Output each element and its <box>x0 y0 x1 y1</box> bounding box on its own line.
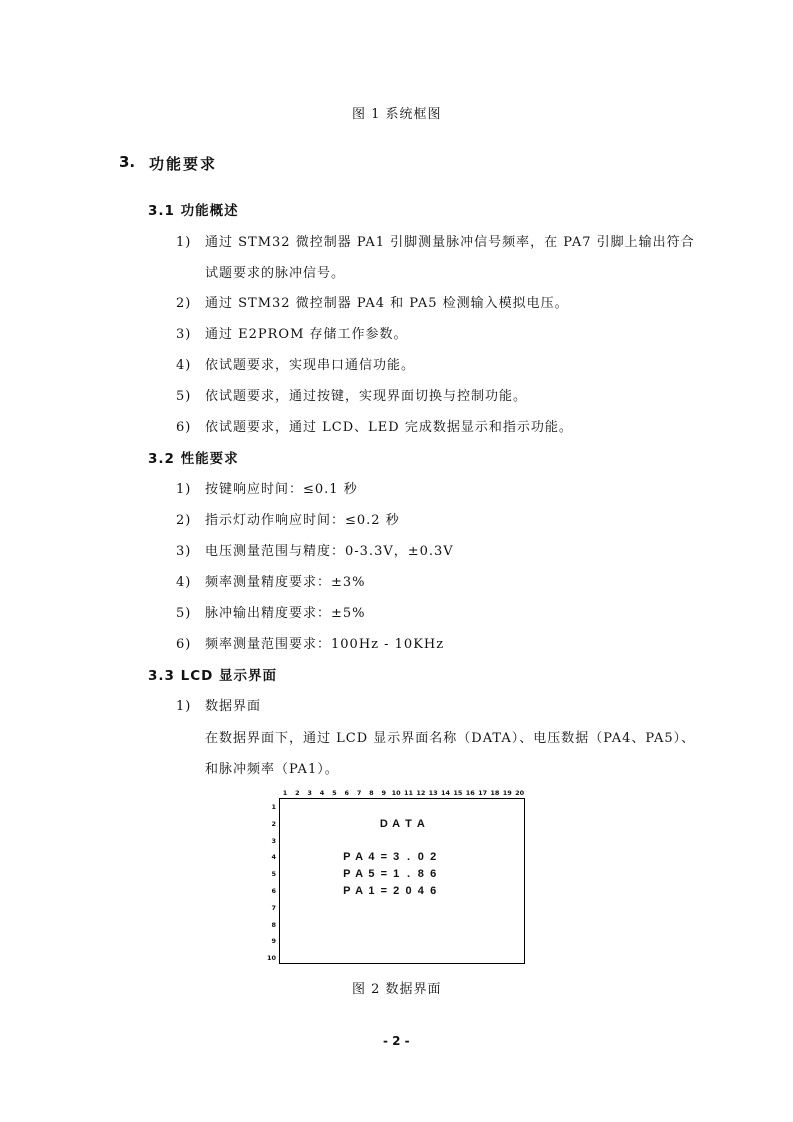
section-3-3-title: 3.3 LCD 显示界面 <box>148 664 277 684</box>
lcd-char: P <box>343 868 350 880</box>
lcd-char: 2 <box>430 851 436 863</box>
lcd-char: T <box>405 818 412 830</box>
section-3-2-title: 3.2 性能要求 <box>148 447 239 467</box>
lcd-char: A <box>392 818 400 830</box>
item-text: 依试题要求，通过按键，实现界面切换与控制功能。 <box>205 389 527 404</box>
item-number: 2) <box>176 296 205 311</box>
list-item: 6)频率测量范围要求：100Hz - 10KHz <box>176 633 444 652</box>
lcd-column-label: 7 <box>357 789 362 797</box>
item-number: 6) <box>176 420 205 435</box>
item-text: 指示灯动作响应时间：≤0.2 秒 <box>205 513 400 528</box>
item-text: 电压测量范围与精度：0-3.3V，±0.3V <box>205 544 454 559</box>
item-text: 通过 E2PROM 存储工作参数。 <box>205 327 408 342</box>
item-number: 2) <box>176 513 205 528</box>
lcd-column-label: 10 <box>392 789 401 797</box>
item-number: 1) <box>176 482 205 497</box>
lcd-column-label: 14 <box>441 789 450 797</box>
section-3-number: 3. <box>119 153 135 171</box>
lcd-char: 1 <box>368 885 374 897</box>
list-item: 1)通过 STM32 微控制器 PA1 引脚测量脉冲信号频率，在 PA7 引脚上… <box>176 231 695 250</box>
lcd-row-label: 9 <box>271 937 276 945</box>
lcd-row-label: 10 <box>267 954 276 962</box>
lcd-char: P <box>343 885 350 897</box>
lcd-column-label: 20 <box>515 789 524 797</box>
list-item: 3)电压测量范围与精度：0-3.3V，±0.3V <box>176 540 454 559</box>
lcd-column-label: 17 <box>478 789 487 797</box>
lcd-char: A <box>417 818 425 830</box>
section-3-1-title: 3.1 功能概述 <box>148 199 239 219</box>
lcd-char: P <box>343 851 350 863</box>
lcd-char: A <box>355 885 363 897</box>
lcd-char: A <box>355 851 363 863</box>
list-item: 4)依试题要求，实现串口通信功能。 <box>176 354 415 373</box>
item-text: 按键响应时间：≤0.1 秒 <box>205 482 358 497</box>
item-text: 依试题要求，通过 LCD、LED 完成数据显示和指示功能。 <box>205 420 573 435</box>
list-item: 2)指示灯动作响应时间：≤0.2 秒 <box>176 509 400 528</box>
item-number: 4) <box>176 358 205 373</box>
item-text: 频率测量范围要求：100Hz - 10KHz <box>205 637 444 652</box>
item-number: 3) <box>176 327 205 342</box>
lcd-column-label: 3 <box>307 789 312 797</box>
list-item: 5)依试题要求，通过按键，实现界面切换与控制功能。 <box>176 385 527 404</box>
lcd-column-label: 15 <box>453 789 462 797</box>
lcd-char: 4 <box>418 885 424 897</box>
lcd-char: 8 <box>418 868 424 880</box>
figure1-caption: 图 1 系统框图 <box>352 103 442 122</box>
item-text: 数据界面 <box>205 699 261 714</box>
lcd-row-label: 2 <box>271 820 276 828</box>
list-item: 3)通过 E2PROM 存储工作参数。 <box>176 323 408 342</box>
lcd-row-label: 5 <box>271 870 276 878</box>
lcd-column-label: 9 <box>382 789 387 797</box>
list-item: 1)按键响应时间：≤0.1 秒 <box>176 478 358 497</box>
item-number: 1) <box>176 235 205 250</box>
list-item: 5)脉冲输出精度要求：±5% <box>176 602 366 621</box>
item-text: 依试题要求，实现串口通信功能。 <box>205 358 415 373</box>
lcd-row-label: 4 <box>271 853 276 861</box>
item-number: 5) <box>176 606 205 621</box>
item-text: 频率测量精度要求：±3% <box>205 575 366 590</box>
list-item: 6)依试题要求，通过 LCD、LED 完成数据显示和指示功能。 <box>176 416 573 435</box>
page-number: - 2 - <box>383 1034 410 1048</box>
lcd-column-label: 8 <box>369 789 374 797</box>
item-number: 6) <box>176 637 205 652</box>
lcd-char: 0 <box>405 885 411 897</box>
lcd-column-label: 6 <box>344 789 349 797</box>
lcd-char: . <box>407 868 410 880</box>
lcd-char: 2 <box>393 885 399 897</box>
list-item: 4)频率测量精度要求：±3% <box>176 571 366 590</box>
lcd-column-label: 2 <box>295 789 300 797</box>
lcd-char: = <box>381 885 387 897</box>
lcd-column-label: 1 <box>283 789 288 797</box>
lcd-char: 0 <box>418 851 424 863</box>
paragraph-line: 和脉冲频率（PA1）。 <box>205 758 339 777</box>
lcd-row-label: 6 <box>271 887 276 895</box>
lcd-char: 6 <box>430 868 436 880</box>
lcd-char: D <box>380 818 388 830</box>
lcd-screen-frame <box>279 798 525 964</box>
item-text: 脉冲输出精度要求：±5% <box>205 606 366 621</box>
lcd-row-label: 1 <box>271 803 276 811</box>
lcd-column-label: 16 <box>466 789 475 797</box>
lcd-char: . <box>407 851 410 863</box>
list-item: 1)数据界面 <box>176 695 261 714</box>
item-text: 通过 STM32 微控制器 PA4 和 PA5 检测输入模拟电压。 <box>205 296 569 311</box>
lcd-char: 4 <box>368 851 374 863</box>
lcd-row-label: 7 <box>271 904 276 912</box>
section-3-title: 功能要求 <box>149 153 217 174</box>
item-number: 5) <box>176 389 205 404</box>
figure2-caption: 图 2 数据界面 <box>352 978 442 997</box>
lcd-column-label: 4 <box>320 789 325 797</box>
lcd-column-label: 19 <box>503 789 512 797</box>
lcd-char: A <box>355 868 363 880</box>
list-item: 2)通过 STM32 微控制器 PA4 和 PA5 检测输入模拟电压。 <box>176 292 569 311</box>
lcd-char: 5 <box>368 868 374 880</box>
lcd-char: = <box>381 851 387 863</box>
lcd-column-label: 12 <box>416 789 425 797</box>
paragraph-line: 在数据界面下，通过 LCD 显示界面名称（DATA）、电压数据（PA4、PA5）… <box>205 727 695 746</box>
lcd-column-label: 18 <box>490 789 499 797</box>
lcd-char: 1 <box>393 868 399 880</box>
lcd-char: 3 <box>393 851 399 863</box>
item-number: 4) <box>176 575 205 590</box>
list-item-continuation: 试题要求的脉冲信号。 <box>205 262 345 281</box>
item-number: 3) <box>176 544 205 559</box>
lcd-column-label: 5 <box>332 789 337 797</box>
lcd-column-label: 11 <box>404 789 413 797</box>
lcd-column-label: 13 <box>429 789 438 797</box>
lcd-char: 6 <box>430 885 436 897</box>
item-text: 通过 STM32 微控制器 PA1 引脚测量脉冲信号频率，在 PA7 引脚上输出… <box>205 235 695 250</box>
lcd-row-label: 3 <box>271 837 276 845</box>
lcd-row-label: 8 <box>271 921 276 929</box>
item-number: 1) <box>176 699 205 714</box>
lcd-char: = <box>381 868 387 880</box>
